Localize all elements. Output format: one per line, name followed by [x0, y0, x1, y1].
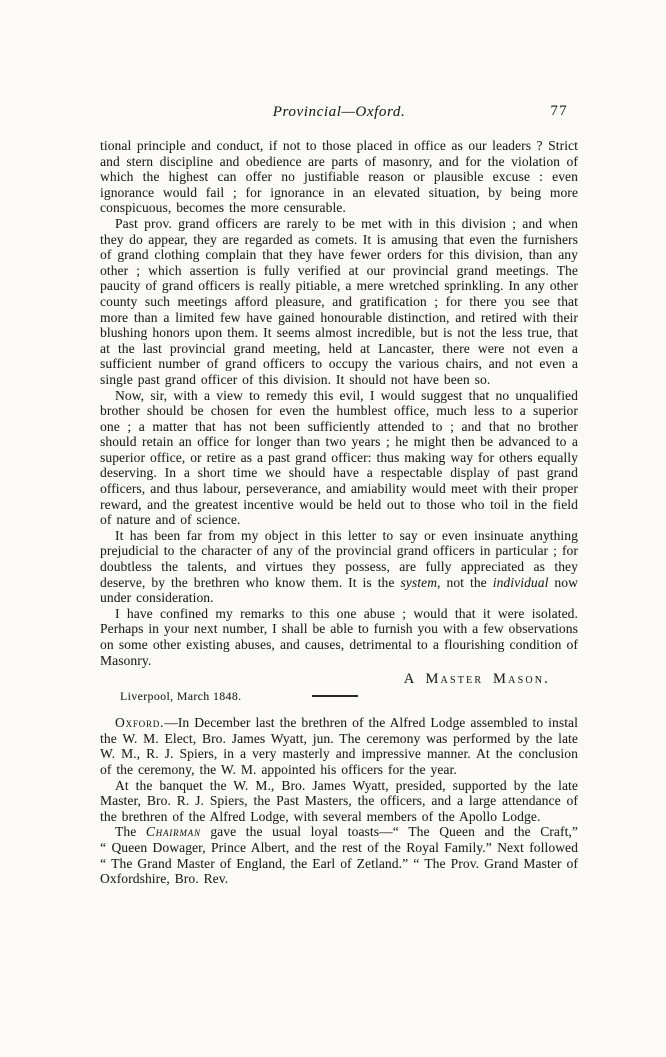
page-header: Provincial—Oxford. 77: [100, 103, 578, 122]
letter-signature: A Master Mason.: [404, 671, 550, 687]
paragraph: Now, sir, with a view to remedy this evi…: [100, 388, 578, 528]
text-segment: Past prov. grand officers are rarely to …: [100, 216, 578, 387]
section-separator-dash: [312, 695, 358, 697]
text-segment: I have confined my remarks to this one a…: [100, 606, 578, 668]
running-head-title: Provincial—Oxford.: [273, 104, 406, 120]
paragraph: Oxford.—In December last the brethren of…: [100, 715, 578, 777]
letter-dateline: Liverpool, March 1848.: [120, 689, 242, 703]
signature-row: A Master Mason.: [100, 670, 578, 687]
text-segment: , not the: [437, 575, 493, 590]
letter-body: tional principle and conduct, if not to …: [100, 138, 578, 668]
paragraph: It has been far from my object in this l…: [100, 528, 578, 606]
text-segment: tional principle and conduct, if not to …: [100, 138, 578, 215]
text-segment: At the banquet the W. M., Bro. James Wya…: [100, 778, 578, 824]
paragraph: The Chairman gave the usual loyal toasts…: [100, 824, 578, 886]
paragraph: I have confined my remarks to this one a…: [100, 606, 578, 668]
text-segment: Now, sir, with a view to remedy this evi…: [100, 388, 578, 528]
text-segment: The: [115, 824, 146, 839]
page-number: 77: [551, 103, 569, 120]
paragraph: Past prov. grand officers are rarely to …: [100, 216, 578, 388]
oxford-report-body: Oxford.—In December last the brethren of…: [100, 715, 578, 887]
text-segment-smallcaps: Oxford.: [115, 715, 164, 730]
paragraph: At the banquet the W. M., Bro. James Wya…: [100, 778, 578, 825]
text-segment-italic: system: [400, 575, 437, 590]
document-page: Provincial—Oxford. 77 tional principle a…: [0, 0, 666, 1057]
text-segment: —In December last the brethren of the Al…: [100, 715, 578, 777]
text-segment-smallcaps-italic: Chairman: [146, 824, 201, 839]
paragraph: tional principle and conduct, if not to …: [100, 138, 578, 216]
dateline-row: Liverpool, March 1848.: [100, 687, 578, 702]
text-segment-italic: individual: [493, 575, 549, 590]
